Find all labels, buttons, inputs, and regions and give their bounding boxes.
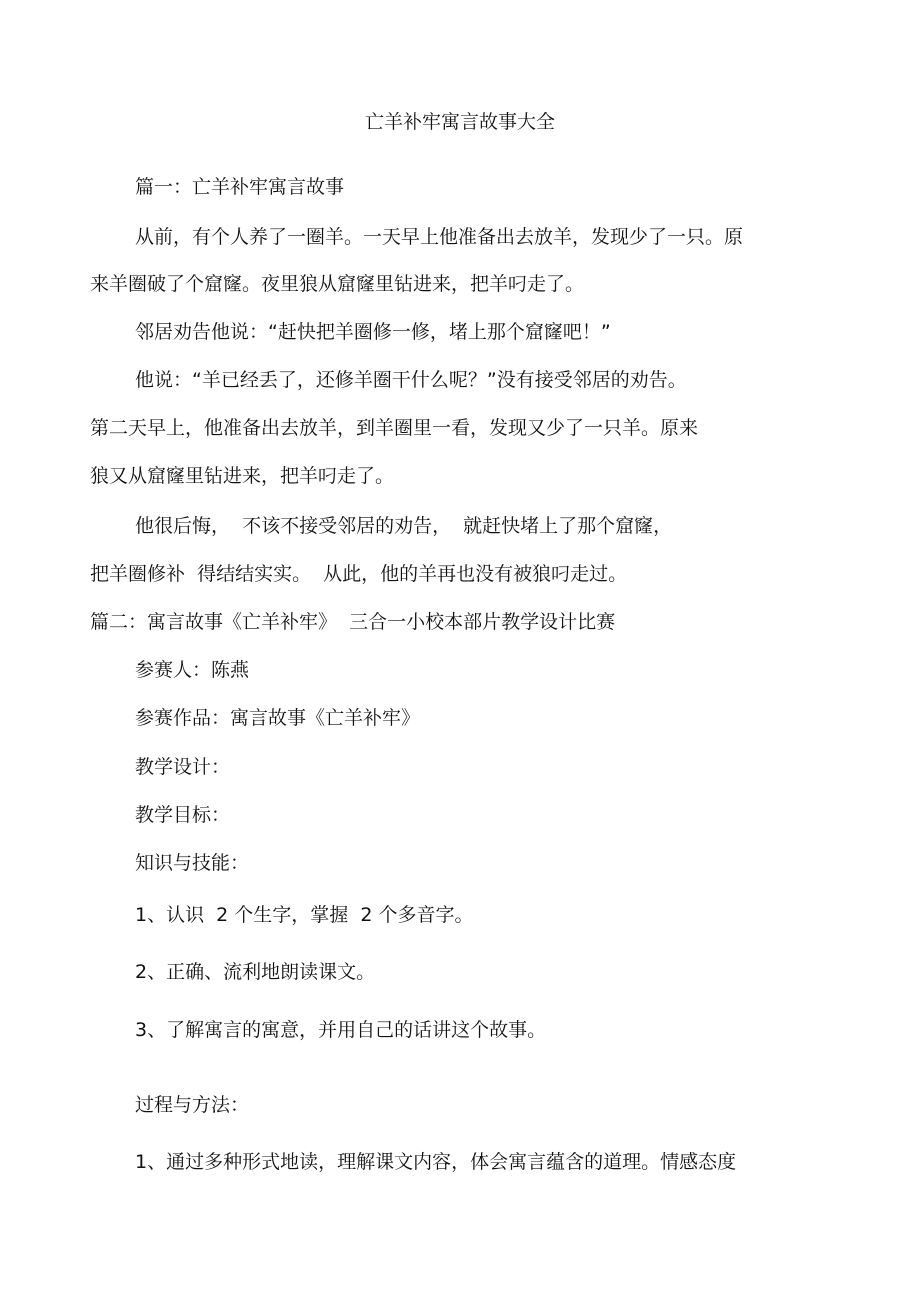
paragraph-line: 来羊圈破了个窟窿。夜里狼从窟窿里钻进来，把羊叼走了。: [90, 272, 584, 296]
subheading-process-methods: 过程与方法：: [135, 1093, 249, 1117]
list-item: 1、认识 2 个生字，掌握 2 个多音字。: [135, 903, 474, 927]
contestant-line: 参赛人：陈燕: [135, 658, 249, 682]
document-title: 亡羊补牢寓言故事大全: [0, 110, 920, 134]
paragraph-line: 邻居劝告他说：“赶快把羊圈修一修，堵上那个窟窿吧！”: [135, 320, 611, 344]
paragraph-line: 狼又从窟窿里钻进来，把羊叼走了。: [90, 464, 394, 488]
paragraph-line: 从前，有个人养了一圈羊。一天早上他准备出去放羊，发现少了一只。原: [135, 225, 743, 249]
paragraph-line: 把羊圈修补 得结结实实。 从此，他的羊再也没有被狼叼走过。: [90, 562, 627, 586]
list-item: 2、正确、流利地朗读课文。: [135, 960, 375, 984]
paragraph-line: 他很后悔， 不该不接受邻居的劝告， 就赶快堵上了那个窟窿，: [135, 514, 672, 538]
entry-line: 参赛作品：寓言故事《亡羊补牢》: [135, 706, 420, 730]
section-heading-2: 篇二：寓言故事《亡羊补牢》 三合一小校本部片教学设计比赛: [90, 610, 615, 634]
subheading-teaching-design: 教学设计：: [135, 755, 230, 779]
paragraph-line: 他说：“羊已经丢了，还修羊圈干什么呢？”没有接受邻居的劝告。: [135, 368, 687, 392]
list-item: 1、通过多种形式地读，理解课文内容，体会寓言蕴含的道理。情感态度: [135, 1150, 736, 1174]
subheading-teaching-goals: 教学目标：: [135, 803, 230, 827]
paragraph-line: 第二天早上，他准备出去放羊，到羊圈里一看，发现又少了一只羊。原来: [90, 416, 698, 440]
list-item: 3、了解寓言的寓意，并用自己的话讲这个故事。: [135, 1018, 546, 1042]
section-heading-1: 篇一：亡羊补牢寓言故事: [135, 175, 344, 199]
subheading-knowledge-skills: 知识与技能：: [135, 851, 249, 875]
